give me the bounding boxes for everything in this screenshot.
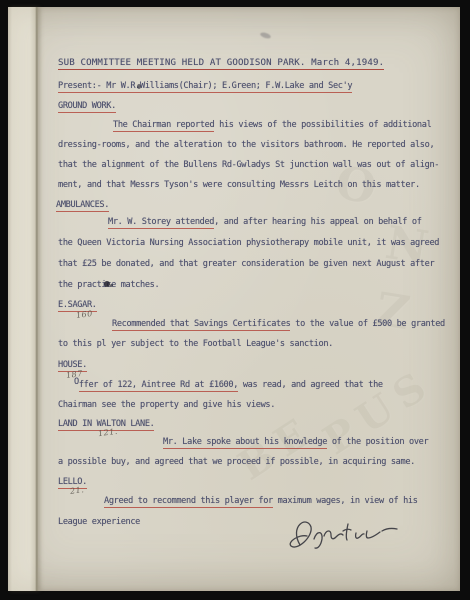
pencil-annotation: 21. xyxy=(70,485,85,496)
ink-blot xyxy=(110,284,113,287)
text-line: dressing-rooms, and the alteration to th… xyxy=(58,140,434,151)
doc-title: SUB COMMITTEE MEETING HELD AT GOODISON P… xyxy=(58,58,384,69)
text-line: Chairman see the property and give his v… xyxy=(58,400,275,411)
text-line: a possible buy, and agreed that we proce… xyxy=(58,457,415,468)
text-line: Mr. W. Storey attended, and after hearin… xyxy=(108,217,422,228)
text-line: League experience xyxy=(58,517,140,528)
text-line: ment, and that Messrs Tyson's were consu… xyxy=(58,180,420,191)
text-line: Agreed to recommend this player for maxi… xyxy=(104,496,418,507)
section-heading-ambulances: AMBULANCES. xyxy=(56,200,109,211)
text-line: the Queen Victoria Nursing Association p… xyxy=(58,238,439,249)
text-line: to this pl yer subject to the Football L… xyxy=(58,339,333,350)
text-line: that £25 be donated, and that greater co… xyxy=(58,259,434,270)
ink-blot xyxy=(137,84,141,89)
binding-gutter xyxy=(8,7,38,591)
signature xyxy=(278,514,403,564)
scanned-minutes-page: O N Z PUS BE SUB COMMITTEE MEETING HELD … xyxy=(0,0,470,600)
text-line: Mr. Lake spoke about his knowledge of th… xyxy=(163,437,428,448)
section-heading-ground-work: GROUND WORK. xyxy=(58,101,116,112)
present-line: Present:- Mr W.R.Williams(Chair); E.Gree… xyxy=(58,81,352,92)
text-line: The Chairman reported his views of the p… xyxy=(113,120,431,131)
text-line: that the alignment of the Bullens Rd-Gwl… xyxy=(58,160,439,171)
text-line: Offer of 122, Aintree Rd at £1600, was r… xyxy=(74,380,383,391)
text-line: Recommended that Savings Certificates to… xyxy=(112,319,445,330)
